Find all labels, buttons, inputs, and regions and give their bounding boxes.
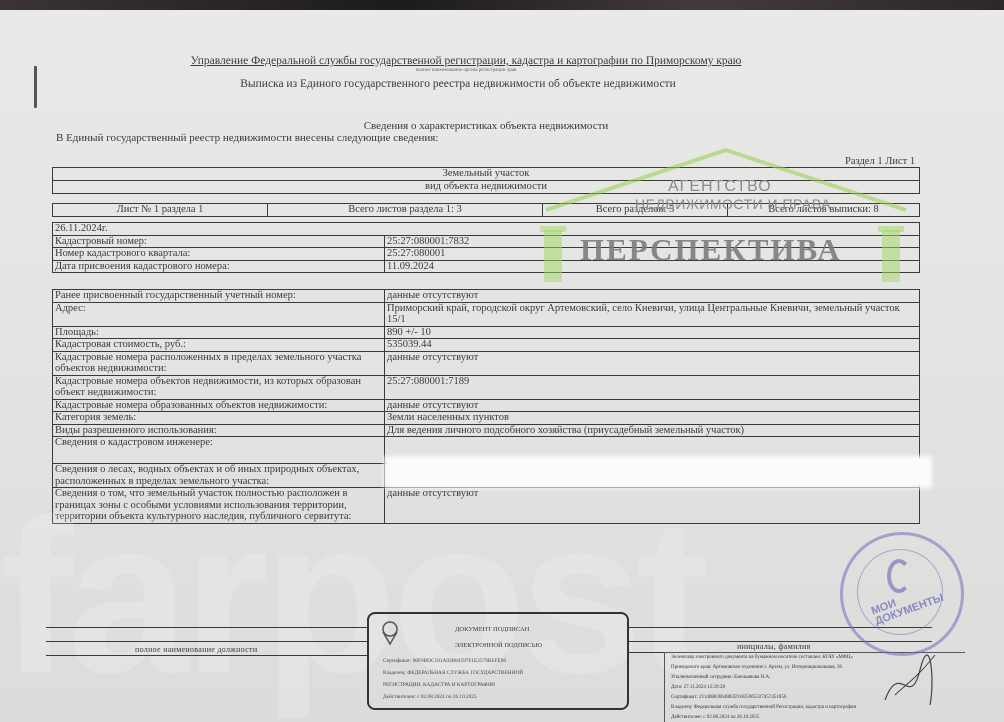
signature-owner: Владелец: ФЕДЕРАЛЬНАЯ СЛУЖБА ГОСУДАРСТВЕ… [383, 668, 523, 679]
copy-note-line: Действителен: с 02.08.2024 по 26.10.2025 [665, 713, 965, 722]
intro-text: В Единый государственный реестр недвижим… [56, 132, 438, 144]
table-row: Кадастровые номера образованных объектов… [53, 399, 920, 412]
redaction-box [384, 456, 932, 488]
watermark-brand: ПЕРСПЕКТИВА [580, 232, 842, 268]
section-label: Раздел 1 Лист 1 [845, 156, 915, 167]
row-value: Приморский край, городской округ Артемов… [385, 302, 920, 326]
position-caption: полное наименование должности [135, 645, 257, 654]
row-label: Площадь: [53, 326, 385, 339]
row-value: данные отсутствуют [385, 488, 920, 524]
authority-name: Управление Федеральной службы государств… [0, 55, 968, 67]
row-label: Сведения о кадастровом инженере: [53, 437, 385, 464]
official-stamp: МОИ ДОКУМЕНТЫ [840, 532, 964, 656]
table-row: Кадастровые номера расположенных в преде… [53, 351, 920, 375]
eagle-emblem-icon [379, 620, 401, 646]
name-caption: инициалы, фамилия [737, 642, 811, 651]
position-line [46, 655, 369, 656]
row-value: 25:27:080001:7189 [385, 375, 920, 399]
row-label: Кадастровая стоимость, руб.: [53, 339, 385, 352]
row-label: Сведения о том, что земельный участок по… [53, 488, 385, 524]
row-label: Кадастровые номера образованных объектов… [53, 399, 385, 412]
table-row: Кадастровые номера объектов недвижимости… [53, 375, 920, 399]
signature-title: ДОКУМЕНТ ПОДПИСАН [455, 624, 529, 635]
row-label: Кадастровый номер: [53, 235, 385, 248]
signature-validity: Действителен: с 02.08.2024 по 26.10.2025 [383, 692, 477, 703]
position-line [46, 641, 369, 642]
authority-caption: полное наименование органа регистрации п… [0, 68, 968, 73]
row-value: Земли населенных пунктов [385, 412, 920, 425]
row-label: Адрес: [53, 302, 385, 326]
document-title: Выписка из Единого государственного реес… [0, 78, 960, 90]
table-row: Виды разрешенного использования:Для веде… [53, 424, 920, 437]
document-subtitle: Сведения о характеристиках объекта недви… [0, 120, 988, 132]
watermark-agency-line2: НЕДВИЖИМОСТИ И ПРАВА [635, 196, 831, 212]
row-label: Виды разрешенного использования: [53, 424, 385, 437]
row-label: Кадастровые номера объектов недвижимости… [53, 375, 385, 399]
row-label: Категория земель: [53, 412, 385, 425]
row-value: 890 +/- 10 [385, 326, 920, 339]
row-label: Сведения о лесах, водных объектах и об и… [53, 464, 385, 488]
moi-dokumenty-logo-icon [887, 559, 911, 593]
electronic-signature-box: ДОКУМЕНТ ПОДПИСАН ЭЛЕКТРОННОЙ ПОДПИСЬЮ С… [367, 612, 629, 710]
signature-owner-cont: РЕГИСТРАЦИИ, КАДАСТРА И КАРТОГРАФИИ [383, 680, 495, 691]
row-label: Кадастровые номера расположенных в преде… [53, 351, 385, 375]
row-label: Дата присвоения кадастрового номера: [53, 260, 385, 273]
object-type-caption: вид объекта недвижимости [53, 181, 920, 194]
table-row: Площадь:890 +/- 10 [53, 326, 920, 339]
handwritten-signature-icon [880, 650, 940, 710]
table-row: Категория земель:Земли населенных пункто… [53, 412, 920, 425]
table-row: Адрес:Приморский край, городской округ А… [53, 302, 920, 326]
table-row: Ранее присвоенный государственный учетны… [53, 290, 920, 303]
table-row: Кадастровая стоимость, руб.:535039.44 [53, 339, 920, 352]
watermark-agency-line1: АГЕНТСТВО [668, 178, 772, 196]
row-value: Для ведения личного подсобного хозяйства… [385, 424, 920, 437]
sheet-number: Лист № 1 раздела 1 [53, 204, 268, 217]
row-value: данные отсутствуют [385, 290, 920, 303]
position-line [46, 627, 369, 628]
sheets-in-section: Всего листов раздела 1: 3 [268, 204, 543, 217]
row-label: Ранее присвоенный государственный учетны… [53, 290, 385, 303]
signature-certificate: Сертификат: 00F0BDC181A92B84597F1E2579BE… [383, 656, 506, 667]
signature-subtitle: ЭЛЕКТРОННОЙ ПОДПИСЬЮ [455, 640, 542, 651]
row-value: 535039.44 [385, 339, 920, 352]
object-type: Земельный участок [53, 168, 920, 181]
row-value: данные отсутствуют [385, 399, 920, 412]
object-type-table: Земельный участок вид объекта недвижимос… [52, 167, 920, 194]
table-row: Сведения о том, что земельный участок по… [53, 488, 920, 524]
row-value: данные отсутствуют [385, 351, 920, 375]
characteristics-table: Ранее присвоенный государственный учетны… [52, 289, 920, 524]
row-label: Номер кадастрового квартала: [53, 248, 385, 261]
